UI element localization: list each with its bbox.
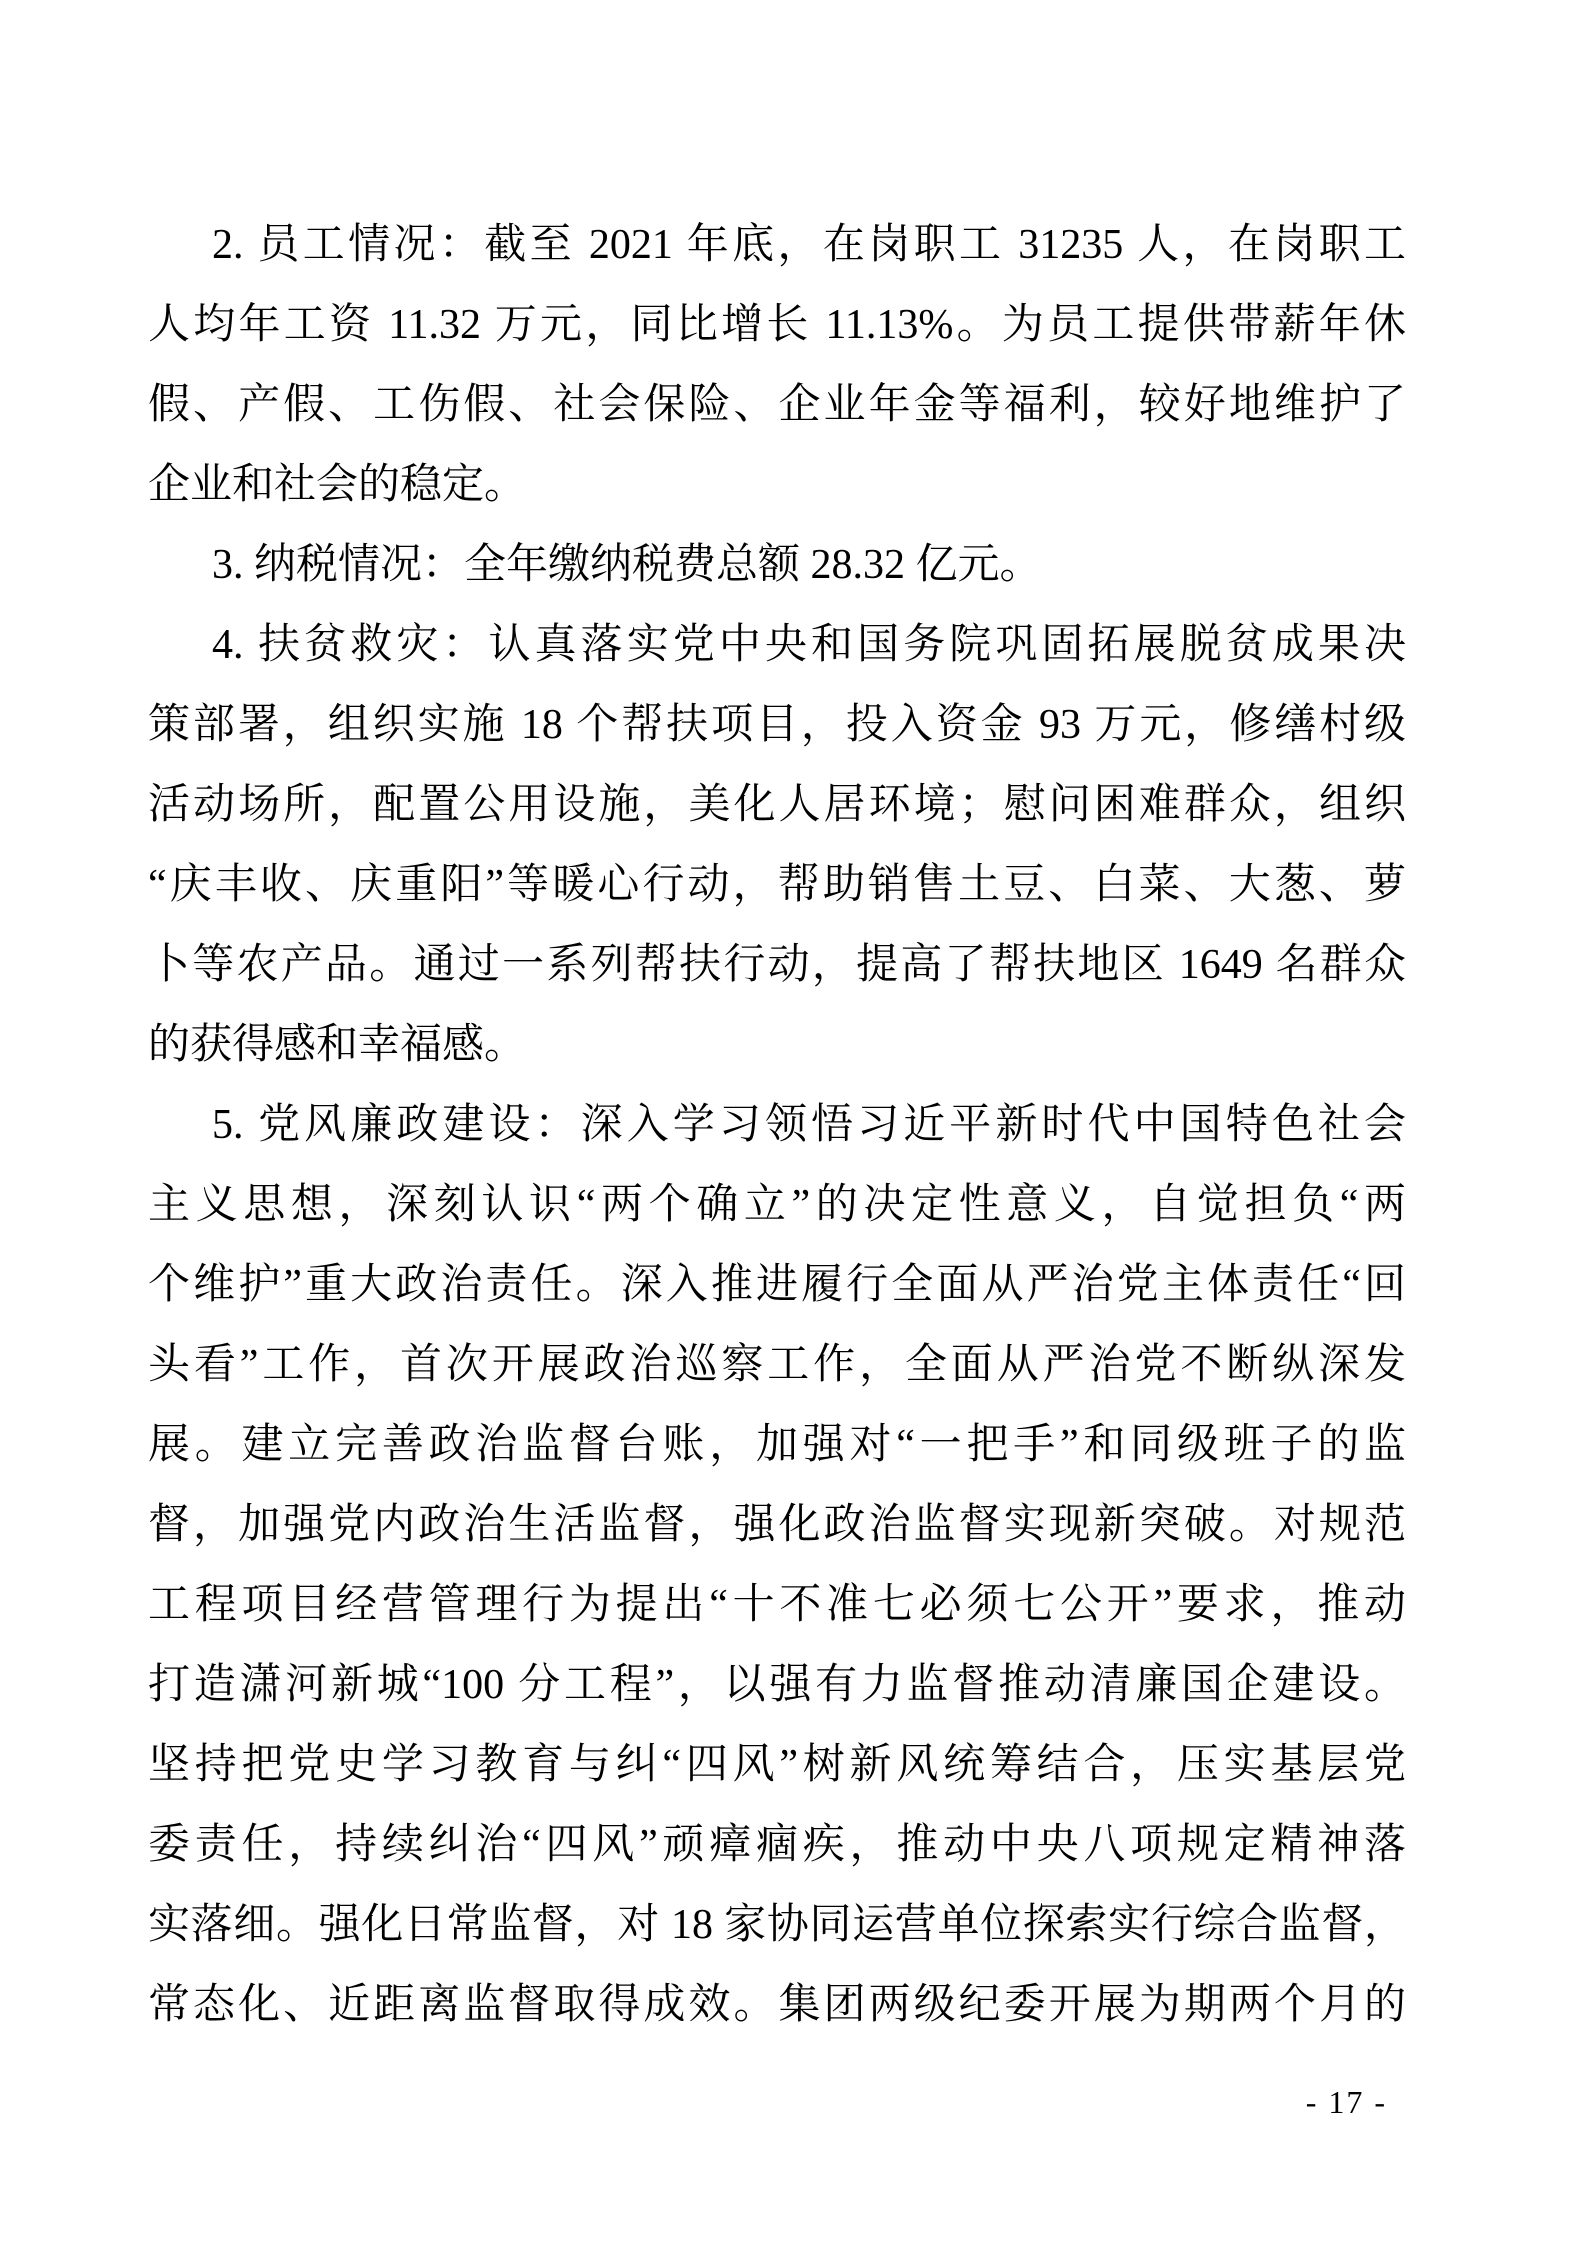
- text-line: 主义思想，深刻认识“两个确立”的决定性意义，自觉担负“两: [148, 1165, 1406, 1245]
- text-line: 打造潇河新城“100 分工程”，以强有力监督推动清廉国企建设。: [148, 1645, 1406, 1725]
- text-line: 委责任，持续纠治“四风”顽瘴痼疾，推动中央八项规定精神落: [148, 1805, 1406, 1885]
- text-line: 3. 纳税情况：全年缴纳税费总额 28.32 亿元。: [148, 525, 1406, 605]
- text-line: 工程项目经营管理行为提出“十不准七必须七公开”要求，推动: [148, 1565, 1406, 1645]
- text-line: 活动场所，配置公用设施，美化人居环境；慰问困难群众，组织: [148, 765, 1406, 845]
- text-line: “庆丰收、庆重阳”等暖心行动，帮助销售土豆、白菜、大葱、萝: [148, 845, 1406, 925]
- text-line: 的获得感和幸福感。: [148, 1005, 1406, 1085]
- document-page: 2. 员工情况：截至 2021 年底，在岗职工 31235 人，在岗职工人均年工…: [0, 0, 1587, 2245]
- text-line: 5. 党风廉政建设：深入学习领悟习近平新时代中国特色社会: [148, 1085, 1406, 1165]
- text-line: 2. 员工情况：截至 2021 年底，在岗职工 31235 人，在岗职工: [148, 205, 1406, 285]
- text-line: 卜等农产品。通过一系列帮扶行动，提高了帮扶地区 1649 名群众: [148, 925, 1406, 1005]
- text-line: 企业和社会的稳定。: [148, 445, 1406, 525]
- text-line: 人均年工资 11.32 万元，同比增长 11.13%。为员工提供带薪年休: [148, 285, 1406, 365]
- text-line: 假、产假、工伤假、社会保险、企业年金等福利，较好地维护了: [148, 365, 1406, 445]
- text-line: 常态化、近距离监督取得成效。集团两级纪委开展为期两个月的: [148, 1965, 1406, 2045]
- text-line: 策部署，组织实施 18 个帮扶项目，投入资金 93 万元，修缮村级: [148, 685, 1406, 765]
- text-line: 督，加强党内政治生活监督，强化政治监督实现新突破。对规范: [148, 1485, 1406, 1565]
- text-line: 4. 扶贫救灾：认真落实党中央和国务院巩固拓展脱贫成果决: [148, 605, 1406, 685]
- text-line: 个维护”重大政治责任。深入推进履行全面从严治党主体责任“回: [148, 1245, 1406, 1325]
- text-line: 坚持把党史学习教育与纠“四风”树新风统筹结合，压实基层党: [148, 1725, 1406, 1805]
- text-line: 展。建立完善政治监督台账，加强对“一把手”和同级班子的监: [148, 1405, 1406, 1485]
- page-number: - 17 -: [1306, 2082, 1387, 2122]
- text-line: 实落细。强化日常监督，对 18 家协同运营单位探索实行综合监督，: [148, 1885, 1406, 1965]
- text-line: 头看”工作，首次开展政治巡察工作，全面从严治党不断纵深发: [148, 1325, 1406, 1405]
- document-body: 2. 员工情况：截至 2021 年底，在岗职工 31235 人，在岗职工人均年工…: [148, 205, 1406, 2045]
